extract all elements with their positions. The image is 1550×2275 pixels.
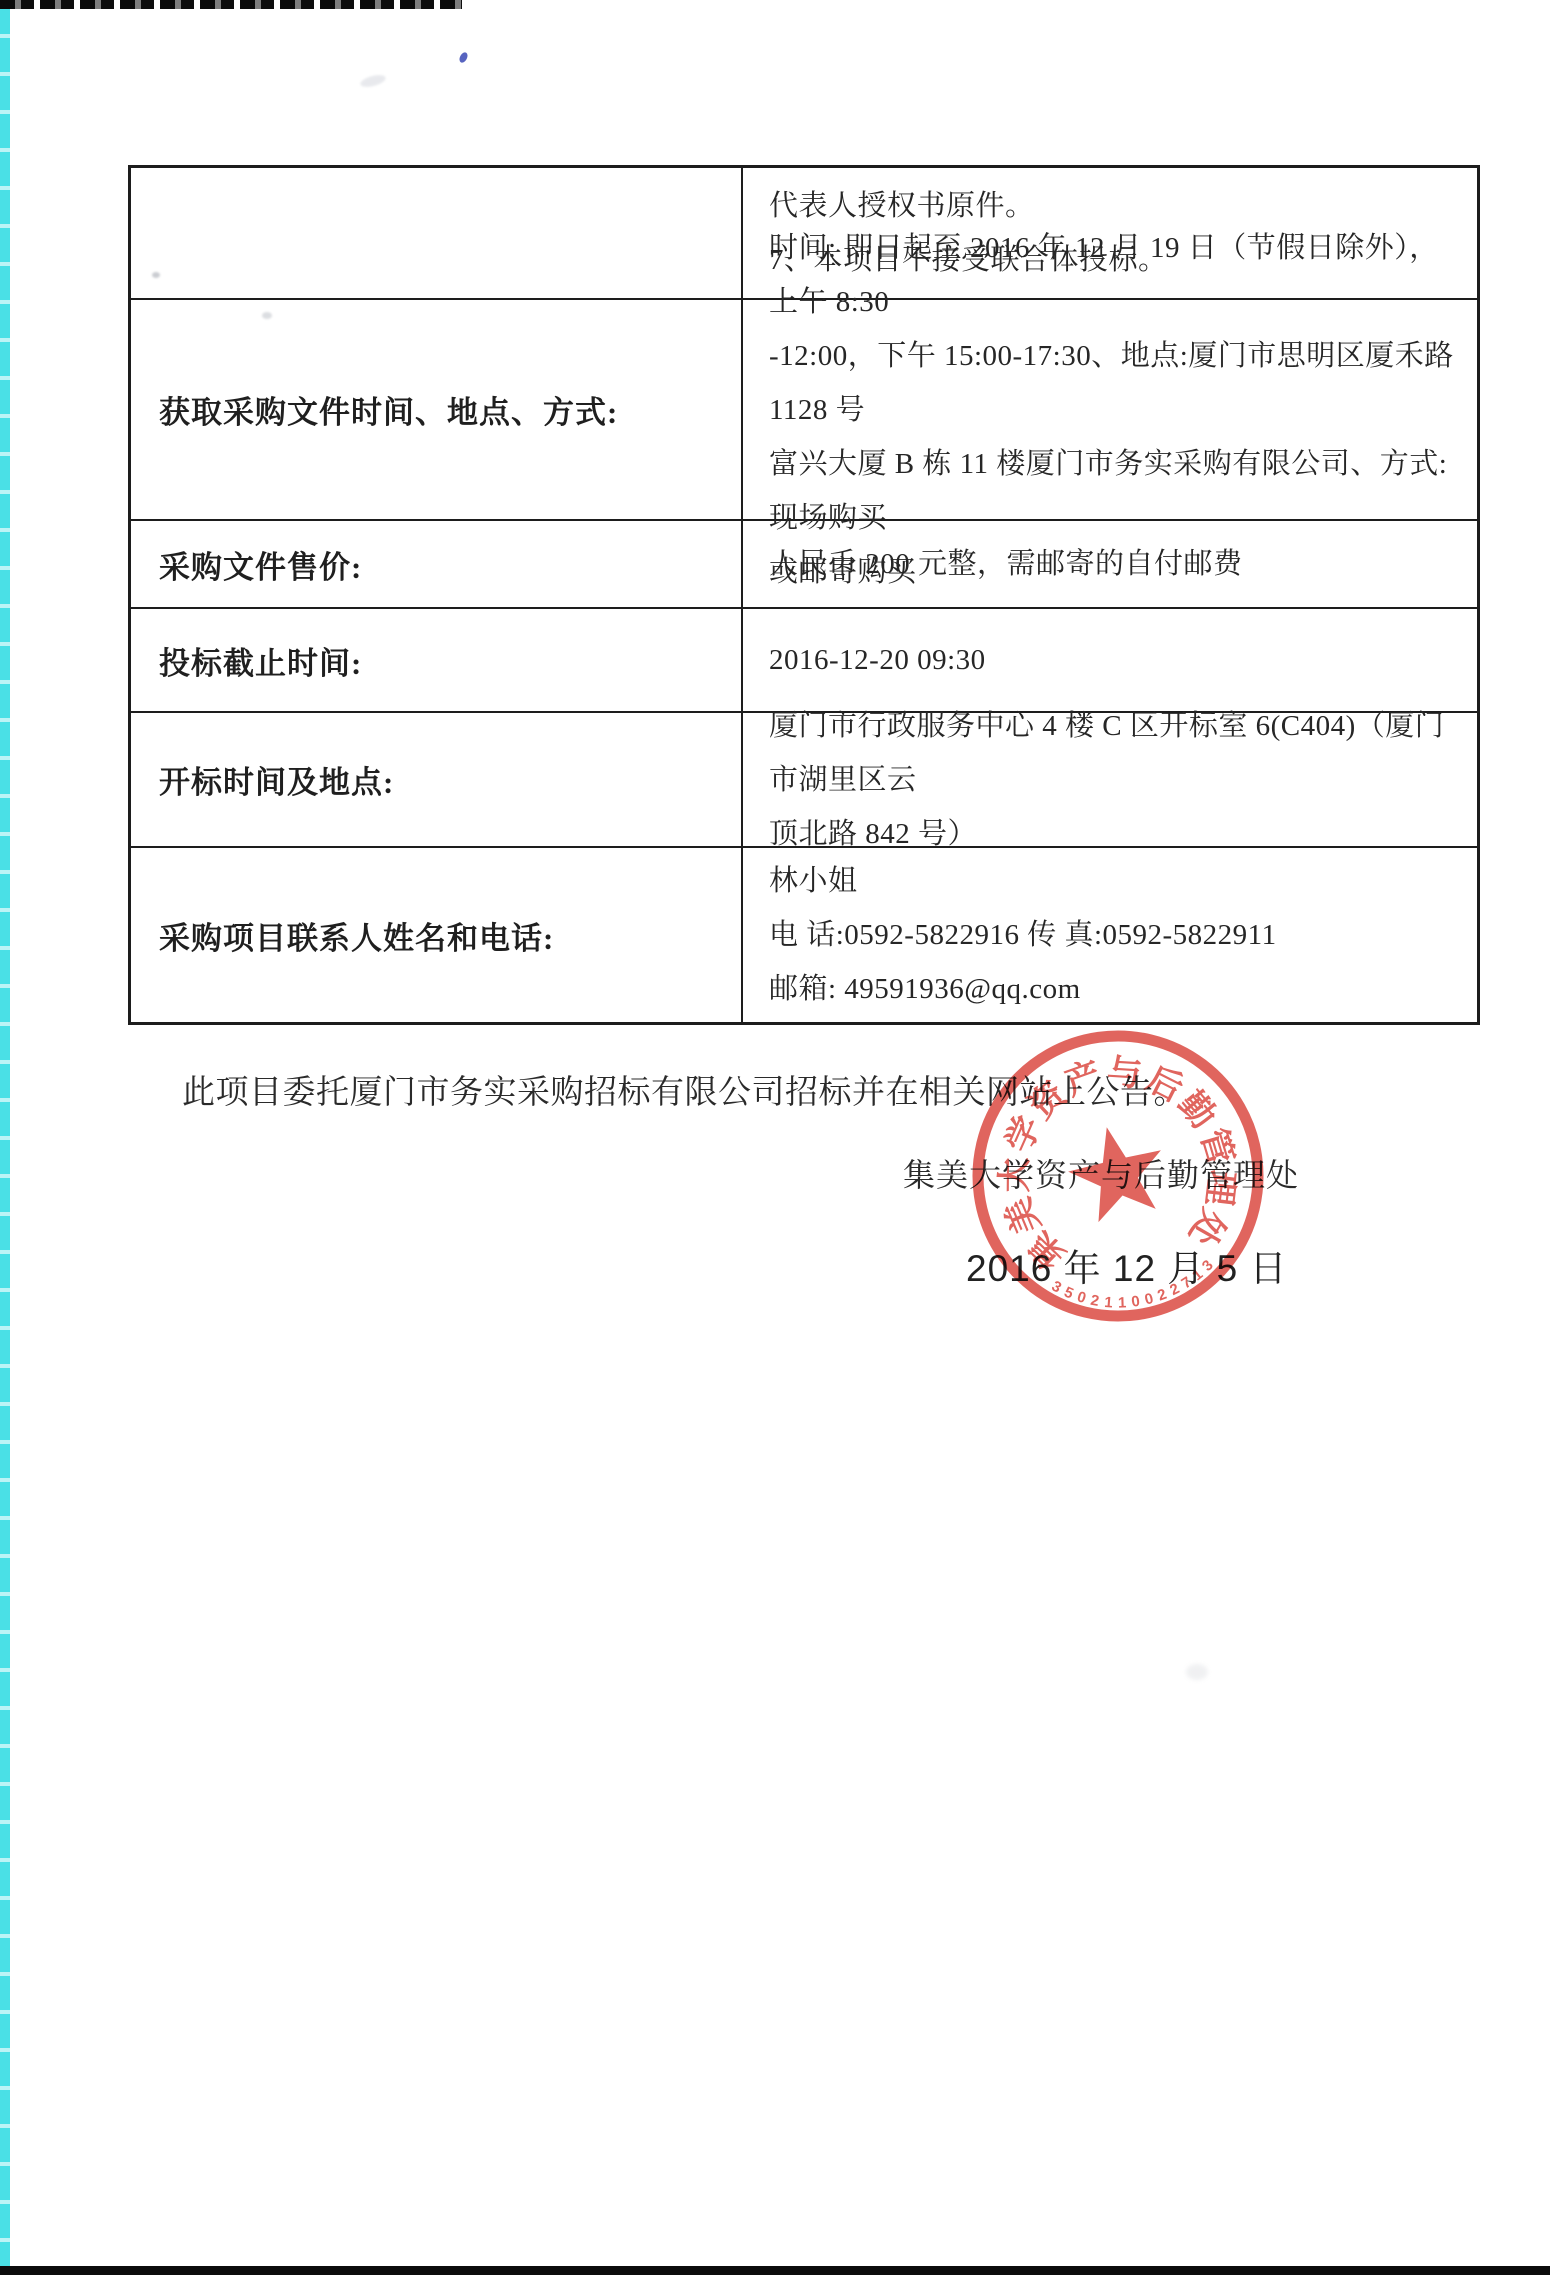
scan-smudge [1186, 1664, 1208, 1680]
svg-text:管: 管 [1193, 1124, 1240, 1169]
seal-star-icon [1060, 1117, 1173, 1227]
scan-smudge [359, 73, 387, 89]
procurement-info-table: 代表人授权书原件。 7、本项目不接受联合体投标。 获取采购文件时间、地点、方式:… [128, 165, 1480, 1025]
svg-text:大: 大 [995, 1157, 1034, 1192]
row-label: 获取采购文件时间、地点、方式: [131, 300, 741, 519]
row-label [131, 168, 741, 298]
row-content: 人民币 200 元整，需邮寄的自付邮费 [741, 521, 1477, 607]
table-row: 开标时间及地点: 厦门市行政服务中心 4 楼 C 区开标室 6(C404)（厦门… [131, 711, 1477, 846]
svg-text:3: 3 [1049, 1278, 1065, 1297]
ink-speck [458, 51, 469, 64]
svg-text:2: 2 [1167, 1280, 1182, 1299]
svg-text:5: 5 [1062, 1284, 1076, 1303]
scan-edge-bottom-strip [0, 2266, 1550, 2275]
svg-text:0: 0 [1143, 1290, 1155, 1309]
svg-text:处: 处 [1182, 1203, 1233, 1253]
svg-text:2: 2 [1089, 1292, 1100, 1310]
svg-text:0: 0 [1130, 1293, 1141, 1311]
row-content: 时间: 即日起至 2016 年 12 月 19 日（节假日除外），上午 8:30… [741, 300, 1477, 519]
row-label: 开标时间及地点: [131, 713, 741, 846]
row-content: 林小姐 电 话:0592-5822916 传 真:0592-5822911 邮箱… [741, 848, 1477, 1022]
svg-text:理: 理 [1199, 1168, 1242, 1207]
row-content: 2016-12-20 09:30 [741, 609, 1477, 711]
table-row: 投标截止时间: 2016-12-20 09:30 [131, 607, 1477, 711]
row-content: 厦门市行政服务中心 4 楼 C 区开标室 6(C404)（厦门市湖里区云 顶北路… [741, 713, 1477, 846]
table-row: 获取采购文件时间、地点、方式: 时间: 即日起至 2016 年 12 月 19 … [131, 298, 1477, 519]
row-label: 采购文件售价: [131, 521, 741, 607]
svg-text:1: 1 [1104, 1294, 1114, 1312]
official-red-seal: 集美大学资产与后勤管理处 3502110022713 [948, 1006, 1288, 1346]
row-label: 采购项目联系人姓名和电话: [131, 848, 741, 1022]
table-row: 采购项目联系人姓名和电话: 林小姐 电 话:0592-5822916 传 真:0… [131, 846, 1477, 1022]
table-row: 采购文件售价: 人民币 200 元整，需邮寄的自付邮费 [131, 519, 1477, 607]
svg-text:0: 0 [1075, 1288, 1088, 1307]
scanned-document-page: 代表人授权书原件。 7、本项目不接受联合体投标。 获取采购文件时间、地点、方式:… [0, 0, 1550, 2275]
scan-edge-cyan-strip [0, 0, 10, 2275]
svg-text:与: 与 [1106, 1053, 1143, 1094]
scan-noise-top-strip [0, 0, 462, 9]
svg-text:2: 2 [1155, 1286, 1169, 1305]
svg-text:1: 1 [1118, 1294, 1127, 1311]
row-label: 投标截止时间: [131, 609, 741, 711]
